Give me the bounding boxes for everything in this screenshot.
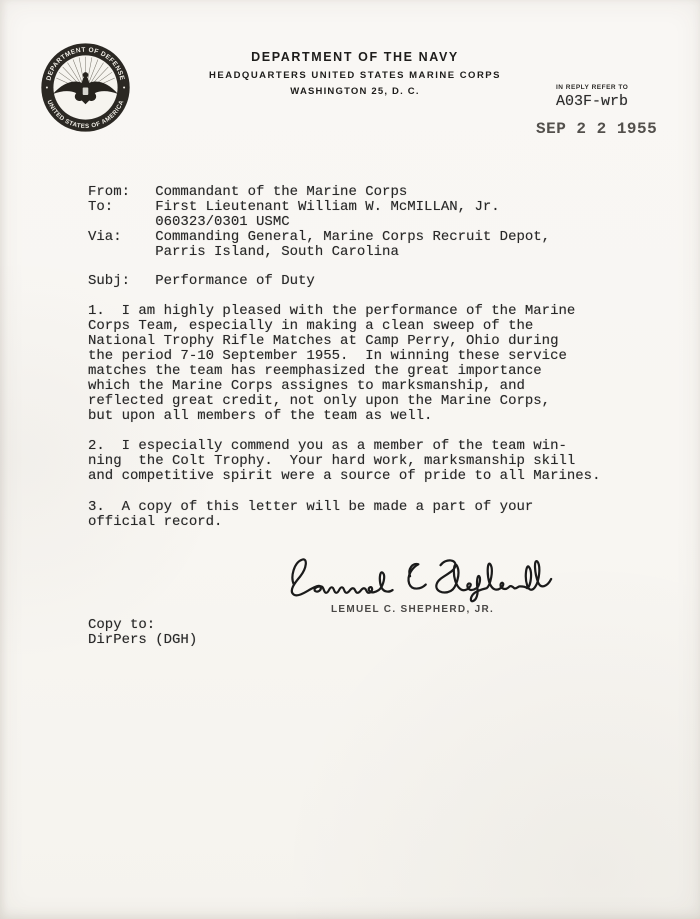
copy-to-block: Copy to: DirPers (DGH): [88, 618, 197, 648]
signature-typed-name: LEMUEL C. SHEPHERD, JR.: [331, 604, 494, 615]
signature-script: [281, 551, 553, 607]
seal-star-right: [123, 86, 125, 88]
paragraph-3: 3. A copy of this letter will be made a …: [88, 500, 533, 530]
date-stamp: SEP 2 2 1955: [536, 120, 657, 138]
letterhead: DEPARTMENT OF THE NAVY HEADQUARTERS UNIT…: [155, 50, 555, 97]
letterhead-city: WASHINGTON 25, D. C.: [155, 86, 555, 97]
letterhead-department: DEPARTMENT OF THE NAVY: [155, 50, 555, 64]
subject-line: Subj: Performance of Duty: [88, 274, 315, 289]
dod-seal-icon: DEPARTMENT OF DEFENSE UNITED STATES OF A…: [39, 41, 132, 134]
letterhead-headquarters: HEADQUARTERS UNITED STATES MARINE CORPS: [155, 70, 555, 81]
reference-block: IN REPLY REFER TO A03F-wrb: [556, 84, 628, 110]
paragraph-1: 1. I am highly pleased with the performa…: [88, 304, 575, 424]
reference-label: IN REPLY REFER TO: [556, 84, 628, 91]
reference-code: A03F-wrb: [556, 93, 628, 110]
paragraph-2: 2. I especially commend you as a member …: [88, 439, 600, 484]
seal-star-left: [46, 86, 48, 88]
letter-page: DEPARTMENT OF DEFENSE UNITED STATES OF A…: [0, 0, 700, 919]
eagle-shield: [83, 88, 89, 95]
address-block: From: Commandant of the Marine Corps To:…: [88, 185, 550, 260]
